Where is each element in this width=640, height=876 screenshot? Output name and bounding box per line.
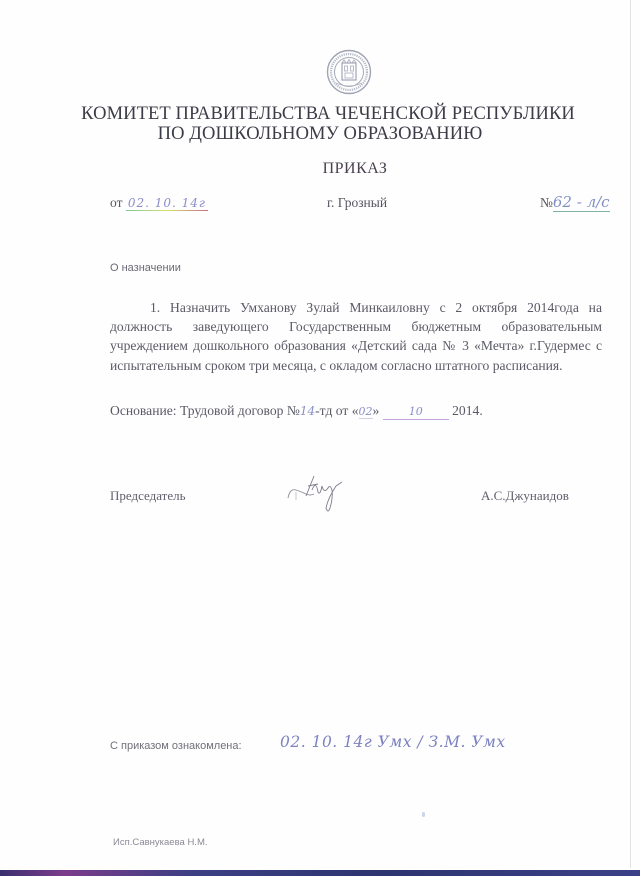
number-prefix: № bbox=[540, 195, 553, 210]
state-emblem-icon bbox=[326, 49, 372, 95]
scan-artifact bbox=[422, 812, 425, 817]
city: г. Грозный bbox=[327, 195, 387, 211]
document-page: КОМИТЕТ ПРАВИТЕЛЬСТВА ЧЕЧЕНСКОЙ РЕСПУБЛИ… bbox=[0, 0, 640, 876]
basis-number-suffix: -тд от « bbox=[315, 403, 358, 418]
handwritten-contract-month: 10 bbox=[409, 405, 423, 418]
date-prefix: от bbox=[110, 195, 122, 210]
handwritten-acknowledgement: 02. 10. 14г Умх / З.М. Умх bbox=[280, 733, 506, 751]
document-type-title: ПРИКАЗ bbox=[0, 160, 640, 178]
order-date: от 02. 10. 14г bbox=[110, 195, 208, 211]
handwritten-date: 02. 10. 14г bbox=[126, 196, 208, 211]
basis-prefix: Основание: Трудовой договор bbox=[110, 403, 283, 418]
scan-bottom-edge bbox=[0, 870, 640, 876]
order-number: №62 - л/с bbox=[540, 193, 610, 211]
acknowledgement-label: С приказом ознакомлена: bbox=[110, 740, 242, 752]
order-basis: Основание: Трудовой договор №14-тд от «0… bbox=[110, 403, 483, 420]
handwritten-contract-number: 14 bbox=[300, 404, 315, 418]
order-subject: О назначении bbox=[110, 262, 181, 274]
executor-note: Исп.Савнукаева Н.М. bbox=[113, 837, 208, 848]
basis-number-prefix: № bbox=[287, 403, 300, 418]
organization-name-line1: КОМИТЕТ ПРАВИТЕЛЬСТВА ЧЕЧЕНСКОЙ РЕСПУБЛИ… bbox=[8, 104, 640, 125]
basis-year: 2014. bbox=[452, 403, 483, 418]
signer-role: Председатель bbox=[110, 488, 186, 504]
order-body: 1. Назначить Умханову Зулай Минкаиловну … bbox=[110, 298, 602, 375]
order-paragraph-1: 1. Назначить Умханову Зулай Минкаиловну … bbox=[110, 298, 602, 375]
handwritten-order-number: 62 - л/с bbox=[553, 193, 610, 212]
organization-name-line2: ПО ДОШКОЛЬНОМУ ОБРАЗОВАНИЮ bbox=[0, 124, 640, 145]
basis-day-suffix: » bbox=[373, 403, 380, 418]
signer-name: А.С.Джунаидов bbox=[481, 488, 569, 504]
handwritten-contract-day: 02 bbox=[359, 405, 373, 419]
contract-month-field: 10 bbox=[383, 403, 449, 420]
signature-icon bbox=[284, 468, 364, 520]
